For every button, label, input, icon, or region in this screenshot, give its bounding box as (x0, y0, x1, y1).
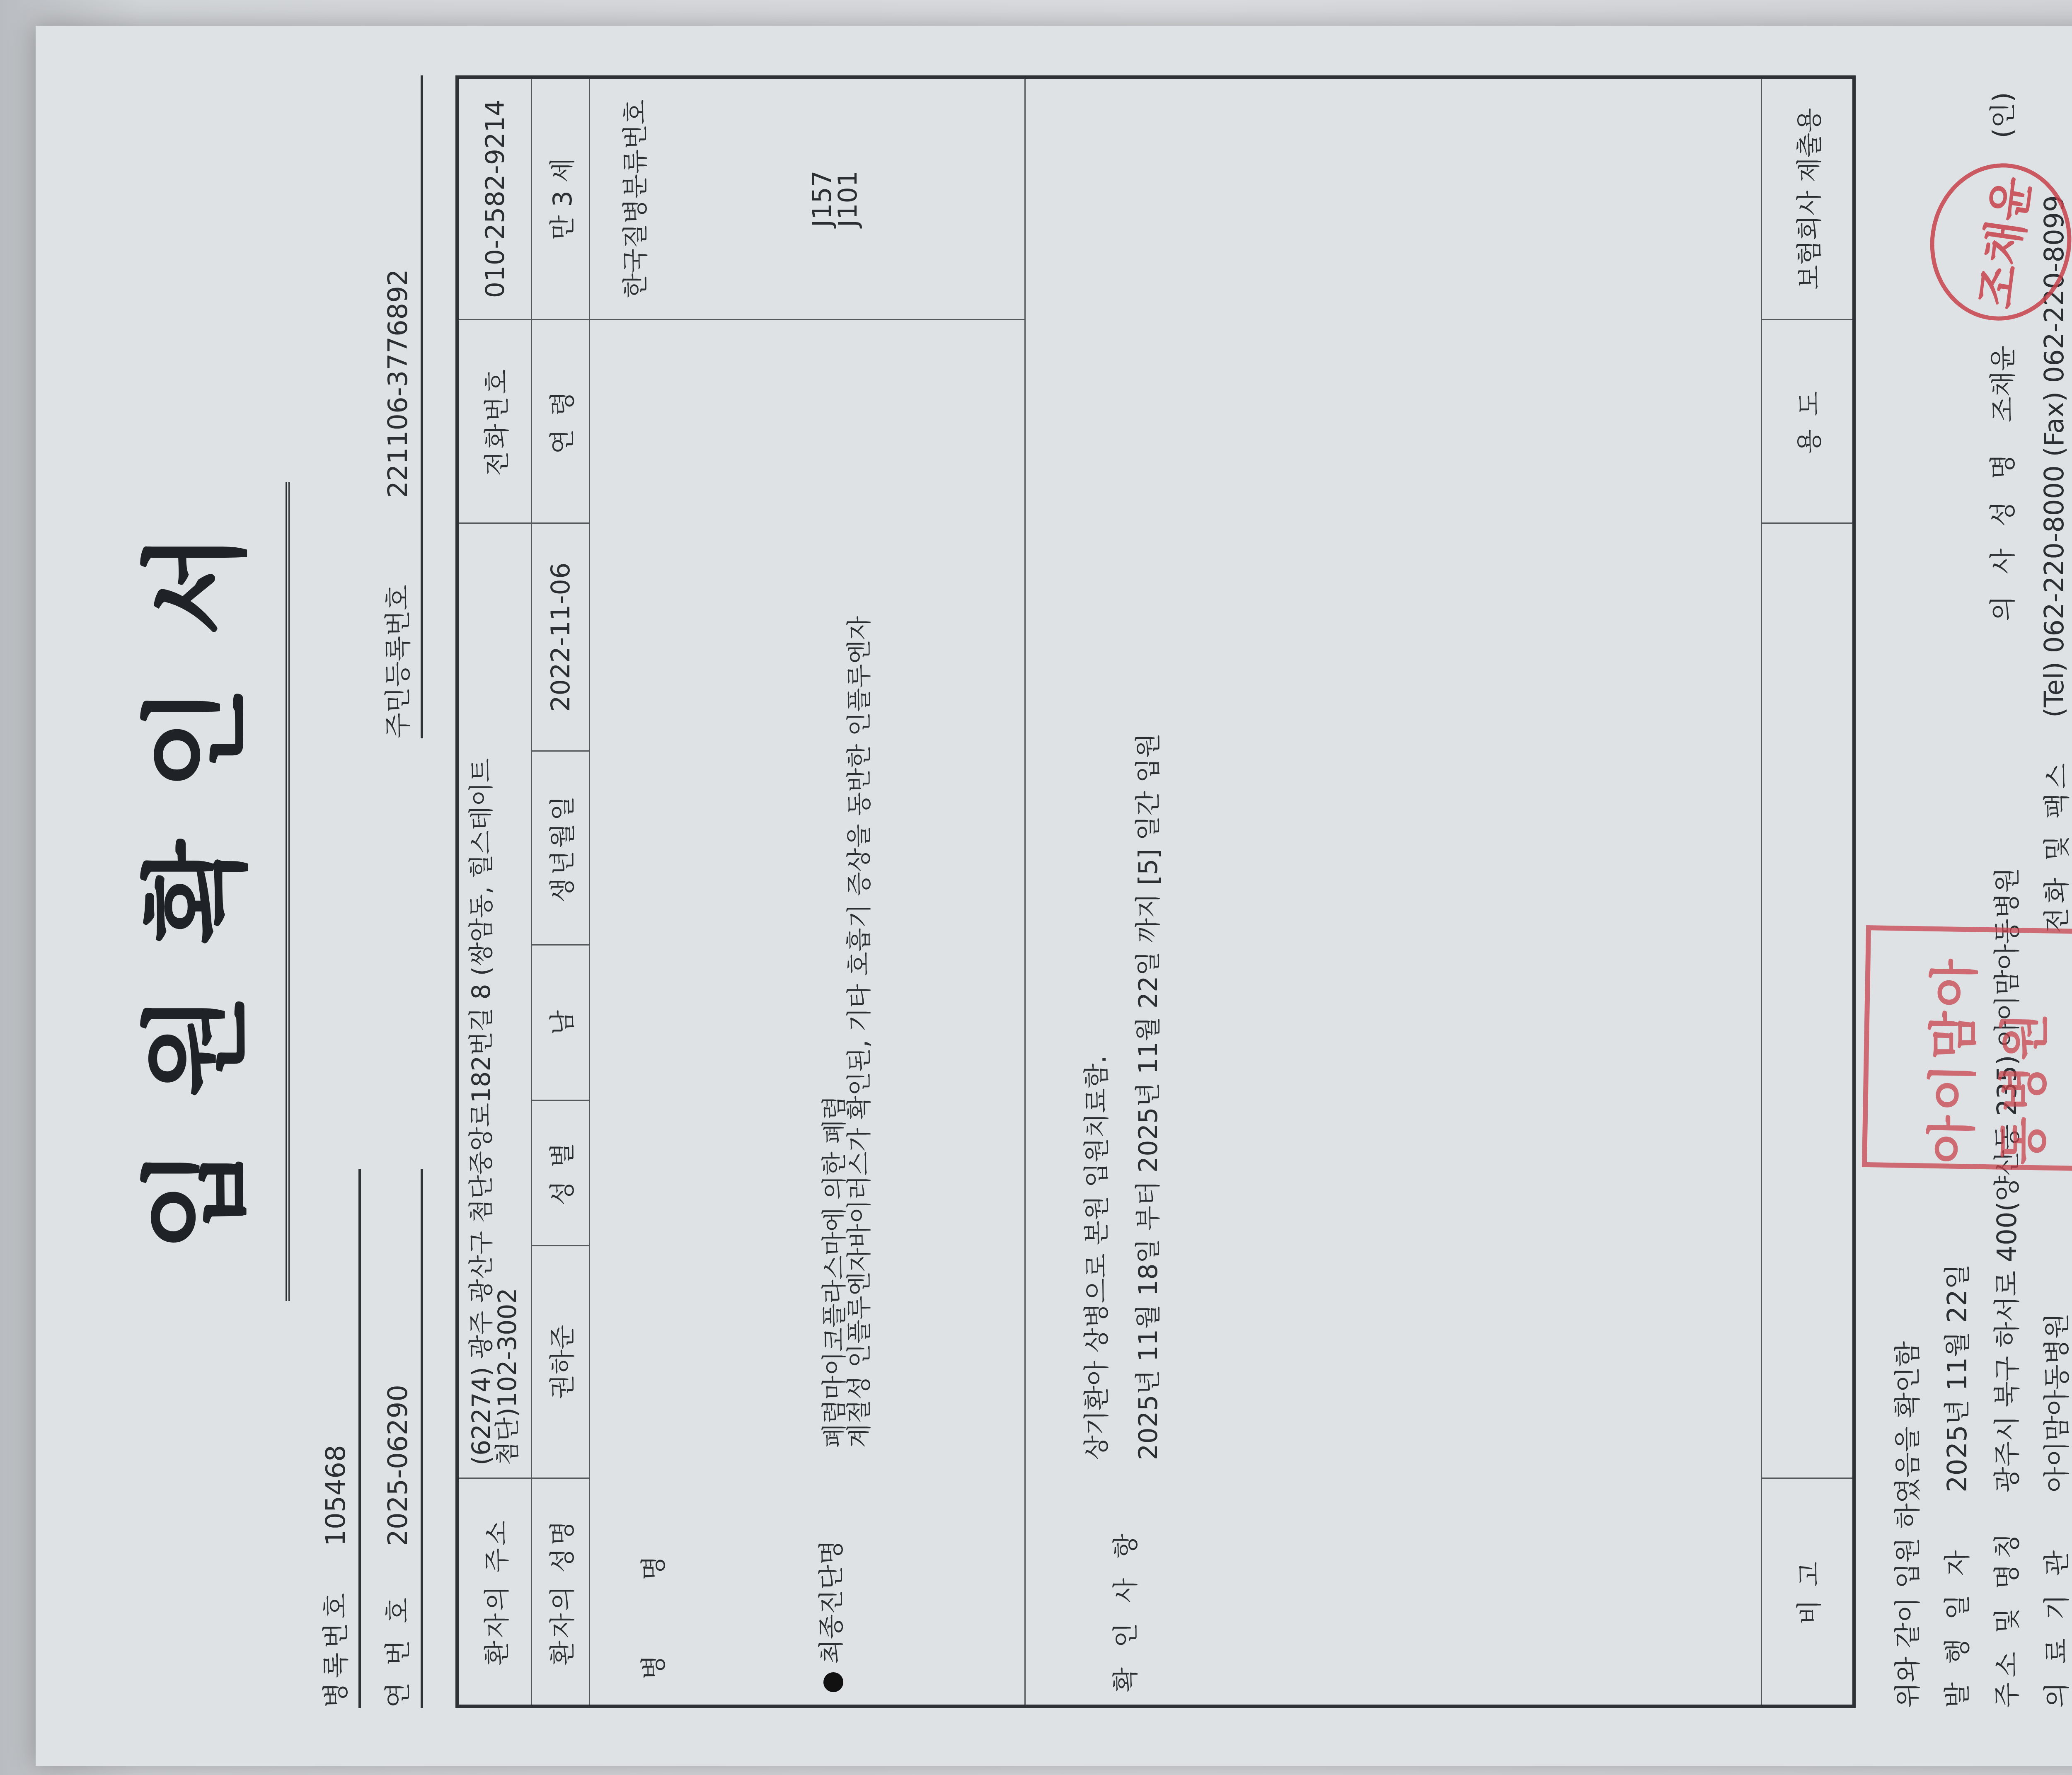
doctor-seal-stamp: 조채윤 (1920, 154, 2072, 330)
dob-value: 2022-11-06 (532, 523, 590, 751)
diagnosis-list: 폐렴마이코플라스마에 의한 폐렴 계절성 인플루엔자바이러스가 확인된, 기타 … (822, 616, 872, 1448)
hospital-address-label: 주소 및 명칭 (1986, 1492, 2024, 1708)
address-value: (62274) 광주 광산구 첨단중앙로182번길 8 (쌍암동, 힐스테이트 … (457, 523, 532, 1478)
phone-label: 전화번호 (457, 319, 532, 523)
age-label: 연 령 (532, 319, 590, 523)
issuer-footer: 위와 같이 입원 하였음을 확인함 발 행 일 자 2025년 11월 22일 … (1881, 75, 2072, 1708)
remarks-row: 비 고 용 도 보험회사 제출용 (1762, 77, 1854, 1706)
diagnosis-item: 계절성 인플루엔자바이러스가 확인된, 기타 호흡기 증상을 동반한 인플루엔자 (847, 616, 872, 1448)
sex-label: 성 별 (532, 1100, 590, 1245)
page-title: 입원확인서 (110, 482, 290, 1301)
confirmation-line-1: 상기환아 상병으로 본원 입원치료함. (1071, 733, 1123, 1460)
age-value: 만 3 세 (532, 77, 590, 319)
purpose-value: 보험회사 제출용 (1762, 77, 1854, 319)
confirmation-text: 상기환아 상병으로 본원 입원치료함. 2025년 11월 18일 부터 202… (1071, 733, 1174, 1460)
confirmation-cell: 확 인 사 항 상기환아 상병으로 본원 입원치료함. 2025년 11월 18… (1025, 77, 1762, 1706)
contact-label: 전화 및 팩스 (2036, 718, 2072, 933)
remarks-label: 비 고 (1762, 1478, 1854, 1706)
doctor-name: 조채윤 (1982, 346, 2020, 422)
address-row: 환자의 주소 (62274) 광주 광산구 첨단중앙로182번길 8 (쌍암동,… (457, 77, 532, 1706)
confirmation-row: 확 인 사 항 상기환아 상병으로 본원 입원치료함. 2025년 11월 18… (1025, 77, 1762, 1706)
patient-name-row: 환자의 성명 권하준 성 별 남 생년월일 2022-11-06 연 령 만 3… (532, 77, 590, 1706)
document-meta: 병록번호 105468 연 번 호 2025-06290 주민등록번호 2211… (315, 75, 439, 1708)
serial-number-row: 연 번 호 2025-06290 (377, 1169, 423, 1708)
serial-number-value: 2025-06290 (383, 1385, 414, 1546)
resident-number-label: 주민등록번호 (377, 506, 415, 738)
address-line-1: (62274) 광주 광산구 첨단중앙로182번길 8 (쌍암동, 힐스테이트 (469, 536, 495, 1465)
remarks-value (1762, 523, 1854, 1478)
diagnosis-row: 병 명 최종진단명 폐렴마이코플라스마에 의한 폐렴 계절성 인플루엔자바이러스… (590, 77, 1025, 1706)
phone-value: 010-2582-9214 (457, 77, 532, 319)
certificate-form-table: 환자의 주소 (62274) 광주 광산구 첨단중앙로182번길 8 (쌍암동,… (455, 75, 1856, 1708)
kcd-code-list: J157 J101 (809, 91, 861, 307)
issue-date-value: 2025년 11월 22일 (1936, 1264, 1974, 1492)
resident-number-row: 주민등록번호 221106-3776892 (377, 75, 423, 738)
institution-label: 의 료 기 관 (2036, 1492, 2072, 1708)
dob-label: 생년월일 (532, 751, 590, 945)
confirmation-label: 확 인 사 항 (1100, 1460, 1174, 1692)
address-label: 환자의 주소 (457, 1478, 532, 1706)
statement: 위와 같이 입원 하였음을 확인함 (1881, 75, 1930, 1708)
confirmation-line-2: 2025년 11월 18일 부터 2025년 11월 22일 까지 [5] 일간… (1123, 733, 1174, 1460)
kcd-code: J101 (835, 91, 861, 307)
kcd-cell: 한국질병분류번호 J157 J101 (590, 77, 1025, 319)
serial-number-label: 연 번 호 (377, 1555, 415, 1708)
sex-value: 남 (532, 945, 590, 1100)
kcd-code: J157 (809, 91, 835, 307)
chart-number-label: 병록번호 (315, 1555, 353, 1708)
patient-name-value: 권하준 (532, 1245, 590, 1478)
diagnosis-item: 폐렴마이코플라스마에 의한 폐렴 (822, 616, 847, 1448)
chart-number-value: 105468 (321, 1445, 351, 1546)
resident-number-value: 221106-3776892 (383, 269, 414, 498)
final-diagnosis-label: 최종진단명 (816, 1540, 847, 1664)
doctor-name-label: 의 사 성 명 (1982, 447, 2020, 621)
certificate-page: 입원확인서 병록번호 105468 연 번 호 2025-06290 주민등록번… (36, 26, 2072, 1766)
kcd-label: 한국질병분류번호 (615, 91, 652, 307)
diagnosis-cell: 병 명 최종진단명 폐렴마이코플라스마에 의한 폐렴 계절성 인플루엔자바이러스… (590, 319, 1025, 1706)
purpose-label: 용 도 (1762, 319, 1854, 523)
doctor-seal-text: 조채윤 (1959, 172, 2043, 312)
hospital-seal-stamp: 아이맘아동병원 (1862, 925, 2072, 1171)
hospital-seal-text: 아이맘아동병원 (1912, 931, 2058, 1166)
bullet-icon (823, 1672, 843, 1692)
chart-number-row: 병록번호 105468 (315, 1169, 361, 1708)
patient-name-label: 환자의 성명 (532, 1478, 590, 1706)
issue-date-label: 발 행 일 자 (1936, 1492, 1974, 1708)
doctor-signature: 의 사 성 명 조채윤 조채윤 (인) (1930, 92, 2071, 621)
seal-suffix: (인) (1982, 92, 2020, 138)
address-line-2: 첨단)102-3002 (495, 536, 521, 1465)
diagnosis-label: 병 명 (633, 333, 670, 1680)
